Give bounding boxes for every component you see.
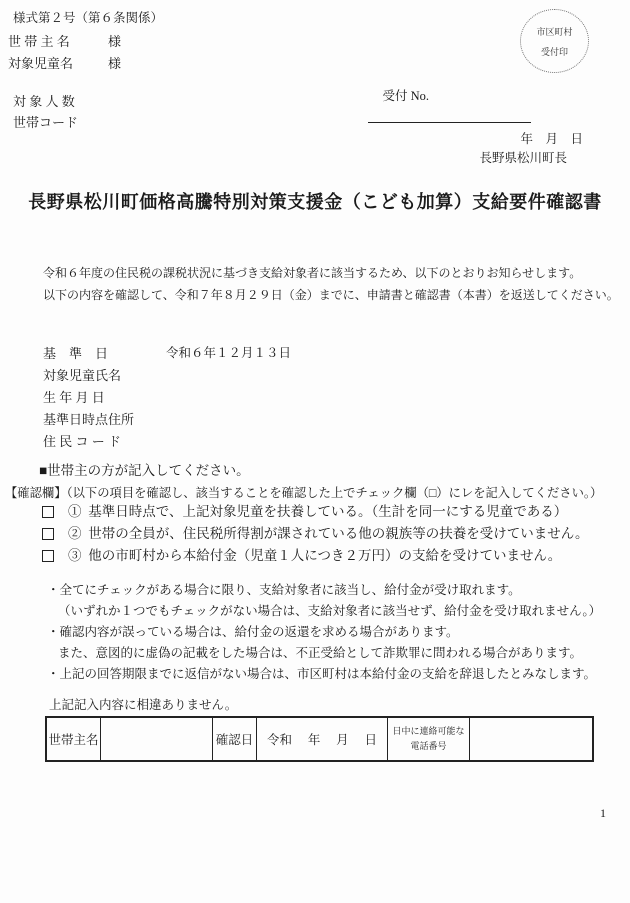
check-text-3: ③ 他の市町村から本給付金（児童１人につき２万円）の支給を受けていません。 bbox=[68, 548, 561, 565]
note-line-2: （いずれか１つでもチェックがない場合は、支給対象者に該当せず、給付金を受け取れま… bbox=[58, 604, 601, 620]
date-year-unit: 年 bbox=[308, 730, 321, 748]
target-child-honorific: 様 bbox=[108, 56, 121, 72]
base-date-value: 令和６年１２月１３日 bbox=[166, 346, 291, 362]
intro-line-1: 令和６年度の住民税の課税状況に基づき支給対象者に該当するため、以下のとおりお知ら… bbox=[43, 266, 581, 281]
date-day-unit: 日 bbox=[364, 730, 377, 748]
birth-date-label: 生 年 月 日 bbox=[43, 390, 105, 406]
declaration-text: 上記記入内容に相違ありません。 bbox=[49, 698, 237, 714]
phone-label-line1: 日中に連絡可能な bbox=[392, 724, 464, 739]
check-item-1: ① 基準日時点で、上記対象児童を扶養している。（生計を同一にする児童である） bbox=[0, 504, 630, 522]
household-head-honorific: 様 bbox=[108, 34, 121, 50]
intro-line-2: 以下の内容を確認して、令和７年８月２９日（金）までに、申請書と確認書（本書）を返… bbox=[43, 288, 619, 303]
section-heading: ■世帯主の方が記入してください。 bbox=[39, 463, 250, 480]
date-era: 令和 bbox=[267, 730, 292, 748]
target-child-row: 対象児童名 様 bbox=[8, 56, 21, 72]
check-text-1: ① 基準日時点で、上記対象児童を扶養している。（生計を同一にする児童である） bbox=[68, 504, 567, 521]
household-head-row: 世 帯 主 名 様 bbox=[8, 34, 21, 50]
check-box-3[interactable] bbox=[42, 550, 54, 562]
child-name-label: 対象児童氏名 bbox=[43, 368, 121, 384]
note-line-5: ・上記の回答期限までに返信がない場合は、市区町村は本給付金の支給を辞退したとみな… bbox=[47, 667, 596, 683]
date-month-unit: 月 bbox=[336, 730, 349, 748]
document-page: 様式第２号（第６条関係） 世 帯 主 名 様 対象児童名 様 市区町村 受付印 … bbox=[0, 0, 630, 903]
phone-label-cell: 日中に連絡可能な 電話番号 bbox=[387, 718, 469, 760]
head-name-input-cell bbox=[100, 718, 212, 760]
confirm-date-value-cell: 令和 年 月 日 bbox=[256, 718, 387, 760]
note-line-1: ・全てにチェックがある場合に限り、支給対象者に該当し、給付金が受け取れます。 bbox=[47, 583, 521, 599]
check-instructions: 【確認欄】（以下の項目を確認し、該当することを確認した上でチェック欄（□）にレを… bbox=[5, 486, 602, 501]
note-line-3: ・確認内容が誤っている場合は、給付金の返還を求める場合があります。 bbox=[47, 625, 459, 641]
resident-code-label: 住 民 コ ー ド bbox=[43, 434, 121, 450]
page-number: 1 bbox=[600, 806, 606, 821]
note-line-4: また、意図的に虚偽の記載をした場合は、不正受給として詐欺罪に問われる場合がありま… bbox=[58, 646, 582, 662]
field-row-address: 基準日時点住所 bbox=[43, 412, 56, 428]
date-line: 年 月 日 bbox=[520, 132, 583, 148]
field-row-base-date: 基 準 日 令和６年１２月１３日 bbox=[43, 346, 56, 362]
check-box-2[interactable] bbox=[42, 528, 54, 540]
household-head-label: 世 帯 主 名 bbox=[8, 34, 70, 50]
check-text-2: ② 世帯の全員が、住民税所得割が課されている他の親族等の扶養を受けていません。 bbox=[68, 526, 589, 543]
household-code-label: 世帯コード bbox=[13, 115, 78, 131]
check-item-3: ③ 他の市町村から本給付金（児童１人につき２万円）の支給を受けていません。 bbox=[0, 548, 630, 566]
form-code: 様式第２号（第６条関係） bbox=[13, 11, 163, 27]
reception-no-field: 受付 No. bbox=[368, 73, 531, 123]
address-label: 基準日時点住所 bbox=[43, 412, 134, 428]
field-row-resident-code: 住 民 コ ー ド bbox=[43, 434, 56, 450]
check-item-2: ② 世帯の全員が、住民税所得割が課されている他の親族等の扶養を受けていません。 bbox=[0, 526, 630, 544]
check-box-1[interactable] bbox=[42, 506, 54, 518]
field-row-birth-date: 生 年 月 日 bbox=[43, 390, 56, 406]
head-name-label-cell: 世帯主名 bbox=[47, 718, 100, 760]
field-row-child-name: 対象児童氏名 bbox=[43, 368, 56, 384]
target-count-label: 対 象 人 数 bbox=[13, 94, 75, 110]
confirm-date-label-cell: 確認日 bbox=[212, 718, 256, 760]
issuer-name: 長野県松川町長 bbox=[479, 151, 567, 167]
document-title: 長野県松川町価格高騰特別対策支援金（こども加算）支給要件確認書 bbox=[0, 191, 630, 214]
reception-stamp: 市区町村 受付印 bbox=[520, 9, 589, 73]
phone-input-cell bbox=[469, 718, 592, 760]
signature-table: 世帯主名 確認日 令和 年 月 日 日中に連絡可能な 電話番号 bbox=[45, 716, 594, 762]
stamp-line1: 市区町村 bbox=[536, 25, 572, 38]
reception-no-label: 受付 No. bbox=[383, 89, 430, 103]
phone-label-line2: 電話番号 bbox=[410, 739, 446, 754]
base-date-label: 基 準 日 bbox=[43, 346, 108, 362]
stamp-line2: 受付印 bbox=[541, 45, 568, 58]
target-child-label: 対象児童名 bbox=[8, 56, 73, 72]
